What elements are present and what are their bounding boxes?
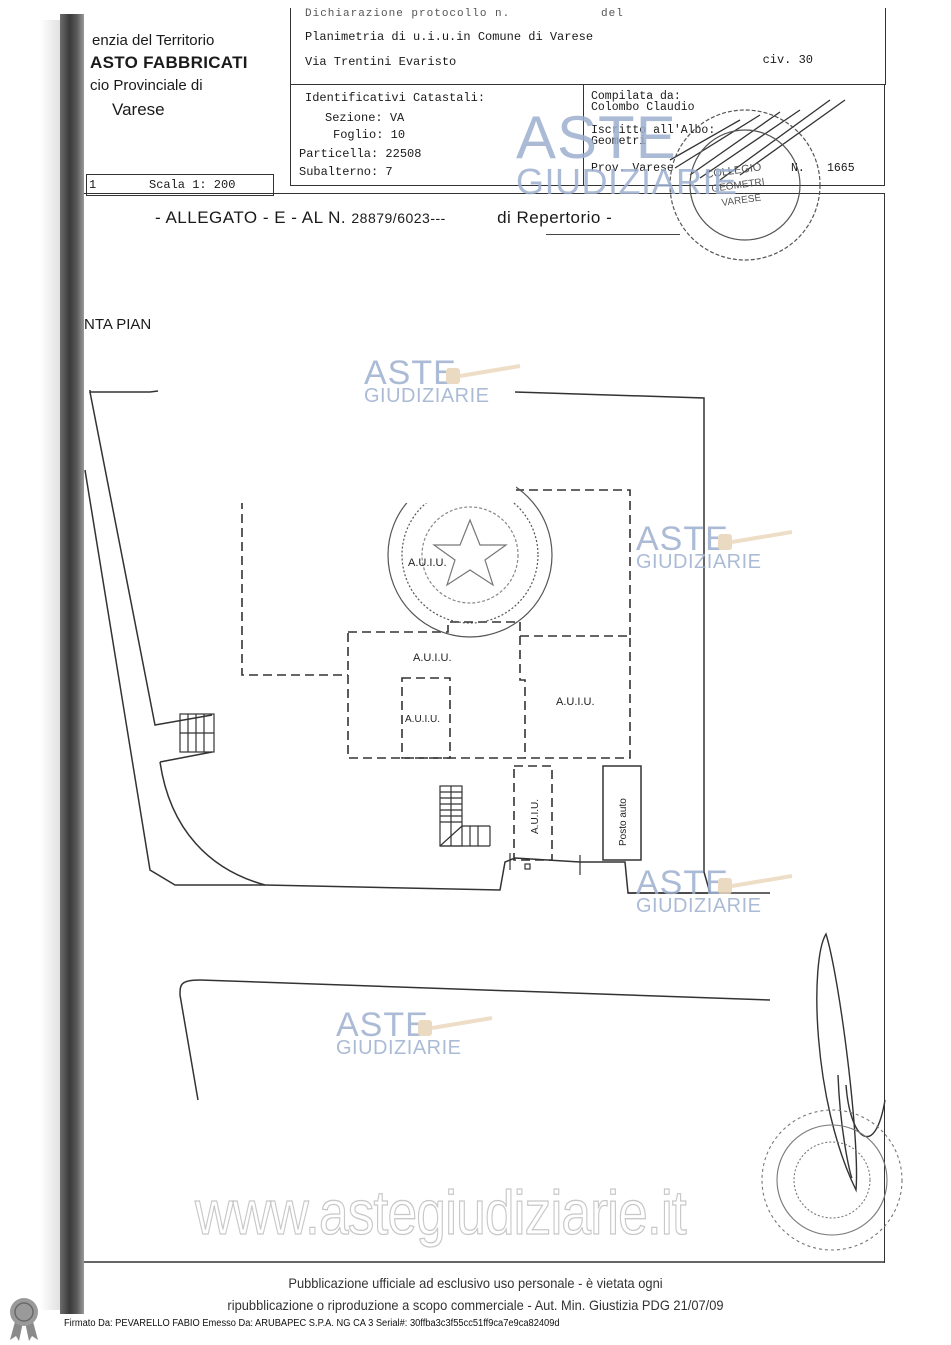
- floor-plan: A.U.I.U. A.U.I.U. A.U.I.U. A.U.I.U. A.U.…: [0, 0, 951, 1345]
- brand-watermark: ASTE GIUDIZIARIE: [516, 108, 738, 200]
- digital-signature: Firmato Da: PEVARELLO FABIO Emesso Da: A…: [64, 1318, 560, 1329]
- unit-label: A.U.I.U.: [556, 696, 595, 708]
- brand-watermark: ASTE GIUDIZIARIE: [636, 866, 762, 916]
- footer-notice-line-1: Pubblicazione ufficiale ad esclusivo uso…: [38, 1275, 913, 1291]
- unit-label: A.U.I.U.: [413, 652, 452, 664]
- brand-watermark: ASTE GIUDIZIARIE: [636, 522, 762, 572]
- main-stair-icon: [440, 786, 490, 846]
- unit-label: A.U.I.U.: [530, 799, 541, 834]
- round-stamp-icon: [762, 1110, 902, 1250]
- unit-label: A.U.I.U.: [405, 714, 440, 725]
- brand-watermark: ASTE GIUDIZIARIE: [364, 356, 490, 406]
- site-watermark: www.astegiudiziarie.it: [195, 1178, 686, 1249]
- signature-loop: [817, 934, 885, 1190]
- unit-label: A.U.I.U.: [408, 557, 447, 569]
- gavel-icon: [414, 1014, 494, 1038]
- gavel-icon: [714, 872, 794, 896]
- footer-notice-line-2: ripubblicazione o riproduzione a scopo c…: [38, 1297, 913, 1313]
- gavel-icon: [714, 528, 794, 552]
- parking-label: Posto auto: [618, 798, 629, 846]
- brand-watermark: ASTE GIUDIZIARIE: [336, 1008, 462, 1058]
- certificate-ribbon-icon: [4, 1296, 44, 1342]
- gavel-icon: [442, 362, 522, 386]
